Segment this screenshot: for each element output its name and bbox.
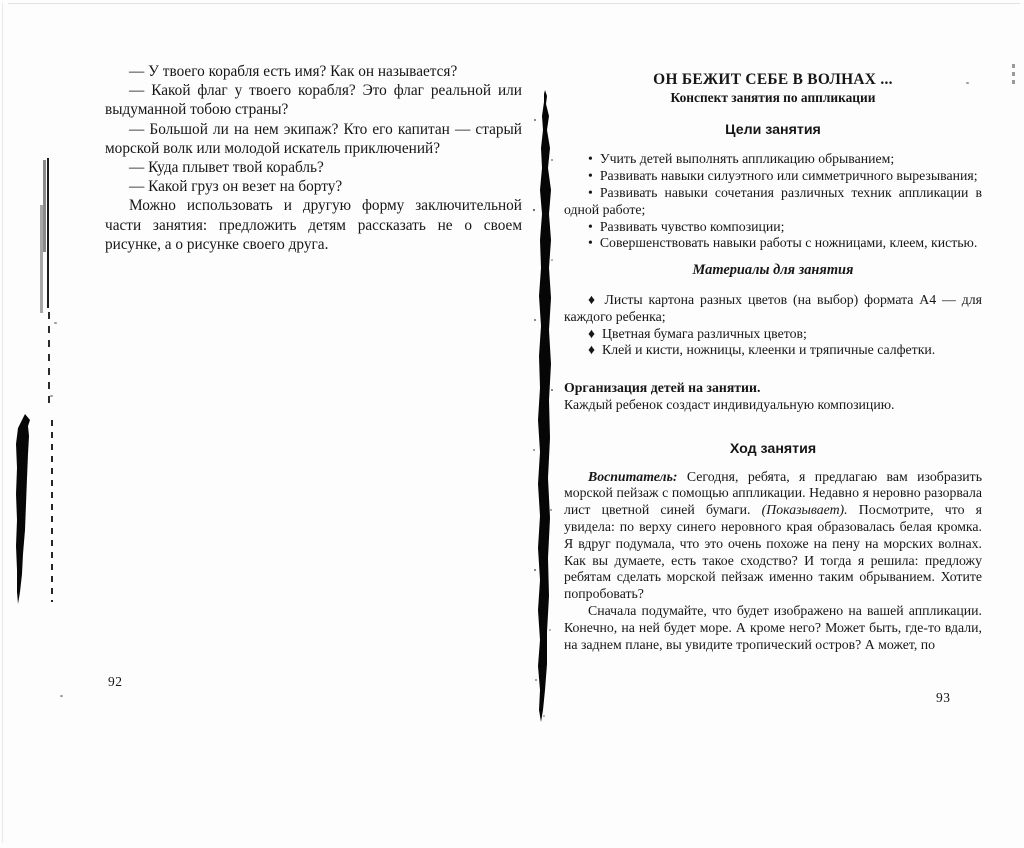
scratch-line-artifact xyxy=(48,312,50,408)
list-item: •Развивать навыки сочетания различных те… xyxy=(564,185,982,219)
list-item: •Развивать навыки силуэтного или симметр… xyxy=(564,168,982,185)
scratch-line-artifact xyxy=(43,160,46,252)
list-item-text: Совершенствовать навыки работы с ножница… xyxy=(600,235,977,250)
speaker-label: Воспитатель: xyxy=(588,469,678,484)
bullet-icon: • xyxy=(588,168,593,183)
scratch-line-artifact xyxy=(47,158,49,308)
speck-artifact xyxy=(54,322,57,324)
list-item: •Развивать чувство композиции; xyxy=(564,219,982,236)
binding-shadow-artifact xyxy=(528,90,554,722)
diamond-icon: ♦ xyxy=(588,326,595,341)
bullet-icon: • xyxy=(588,235,593,250)
speck-artifact xyxy=(50,395,53,397)
materials-heading: Материалы для занятия xyxy=(564,262,982,279)
bullet-icon: • xyxy=(588,219,593,234)
dialogue-line: — У твоего корабля есть имя? Как он назы… xyxy=(105,62,522,81)
list-item: ♦Листы картона разных цветов (на выбор) … xyxy=(564,292,982,326)
organization-text: Каждый ребенок создаст индивидуальную ко… xyxy=(564,397,982,414)
list-item-text: Клей и кисти, ножницы, клеенки и тряпичн… xyxy=(602,342,935,357)
right-page-text-block: ОН БЕЖИТ СЕБЕ В ВОЛНАХ ... Конспект заня… xyxy=(564,72,982,653)
bullet-icon: • xyxy=(588,185,593,200)
scan-frame-left-line xyxy=(2,3,3,843)
list-item-text: Развивать навыки силуэтного или симметри… xyxy=(600,168,978,183)
ink-mark-artifact xyxy=(13,414,35,606)
list-item-text: Учить детей выполнять аппликацию обрыван… xyxy=(600,151,894,166)
materials-list: ♦Листы картона разных цветов (на выбор) … xyxy=(564,292,982,359)
conduct-heading: Ход занятия xyxy=(564,441,982,458)
list-item-text: Цветная бумага различных цветов; xyxy=(602,326,807,341)
dialogue-line: — Куда плывет твой корабль? xyxy=(105,158,522,177)
scratch-line-artifact xyxy=(40,205,43,313)
list-item: •Совершенствовать навыки работы с ножниц… xyxy=(564,235,982,252)
goals-heading: Цели занятия xyxy=(564,122,982,139)
lesson-subtitle: Конспект занятия по аппликации xyxy=(564,90,982,107)
organization-heading: Организация детей на занятии. xyxy=(564,380,982,397)
list-item-text: Развивать чувство композиции; xyxy=(600,219,785,234)
conduct-paragraph-1: Воспитатель: Сегодня, ребята, я предлага… xyxy=(564,469,982,603)
list-item: ♦Цветная бумага различных цветов; xyxy=(564,326,982,343)
dialogue-line: — Какой флаг у твоего корабля? Это флаг … xyxy=(105,81,522,119)
list-item: •Учить детей выполнять аппликацию обрыва… xyxy=(564,151,982,168)
scan-frame-top-line xyxy=(8,3,1020,4)
bullet-icon: • xyxy=(588,151,593,166)
page-number-right: 93 xyxy=(936,690,951,706)
stage-direction: (Показывает). xyxy=(762,502,848,517)
list-item-text: Листы картона разных цветов (на выбор) ф… xyxy=(564,292,982,324)
dashed-line-artifact xyxy=(51,420,53,602)
speck-artifact xyxy=(966,82,969,84)
closing-paragraph: Можно использовать и другую форму заключ… xyxy=(105,196,522,254)
lesson-title: ОН БЕЖИТ СЕБЕ В ВОЛНАХ ... xyxy=(564,72,982,89)
left-page-text-block: — У твоего корабля есть имя? Как он назы… xyxy=(105,62,522,254)
speck-artifact xyxy=(60,695,63,697)
conduct-paragraph-2: Сначала подумайте, что будет изображено … xyxy=(564,603,982,653)
dialogue-line: — Какой груз он везет на борту? xyxy=(105,177,522,196)
list-item-text: Развивать навыки сочетания различных тех… xyxy=(564,185,982,217)
page-number-left: 92 xyxy=(108,674,123,690)
goals-list: •Учить детей выполнять аппликацию обрыва… xyxy=(564,151,982,252)
diamond-icon: ♦ xyxy=(588,292,598,307)
list-item: ♦Клей и кисти, ножницы, клеенки и тряпич… xyxy=(564,342,982,359)
diamond-icon: ♦ xyxy=(588,342,595,357)
dialogue-line: — Большой ли на нем экипаж? Кто его капи… xyxy=(105,120,522,158)
edge-mark-artifact xyxy=(1012,64,1015,88)
